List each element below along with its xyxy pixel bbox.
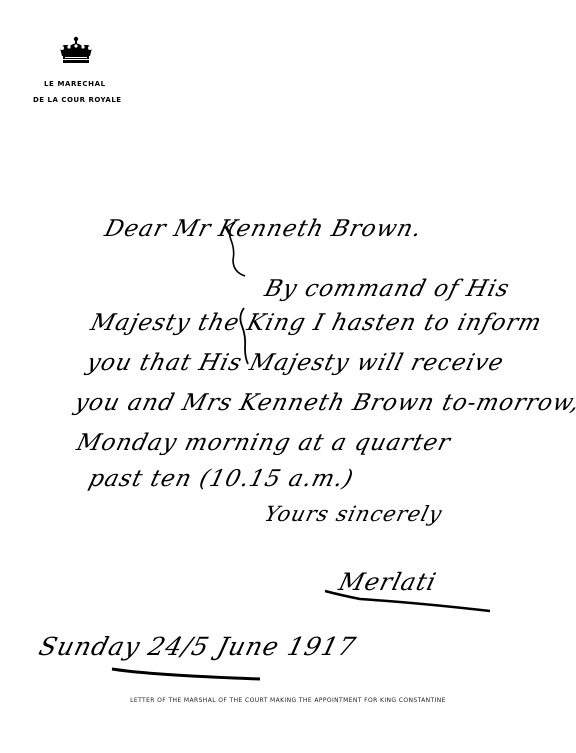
date-line: Sunday 24/5 June 1917 <box>36 632 359 661</box>
signature: Merlati <box>336 568 440 596</box>
body-line-2: Majesty the King I hasten to inform <box>88 310 545 336</box>
body-line-4: you and Mrs Kenneth Brown to-morrow, <box>72 390 576 416</box>
date-underline <box>110 665 270 685</box>
crown-icon <box>56 36 96 66</box>
body-line-3: you that His Majesty will receive <box>84 350 507 376</box>
body-line-5: Monday morning at a quarter <box>74 430 453 456</box>
body-line-1: By command of His <box>262 276 512 302</box>
closing: Yours sincerely <box>262 502 445 526</box>
letterhead-subtitle: DE LA COUR ROYALE <box>33 96 122 104</box>
letterhead-title: LE MARECHAL <box>44 80 106 88</box>
salutation: Dear Mr Kenneth Brown. <box>102 216 425 242</box>
caption: LETTER OF THE MARSHAL OF THE COURT MAKIN… <box>0 697 576 704</box>
body-line-6: past ten (10.15 a.m.) <box>86 466 357 492</box>
